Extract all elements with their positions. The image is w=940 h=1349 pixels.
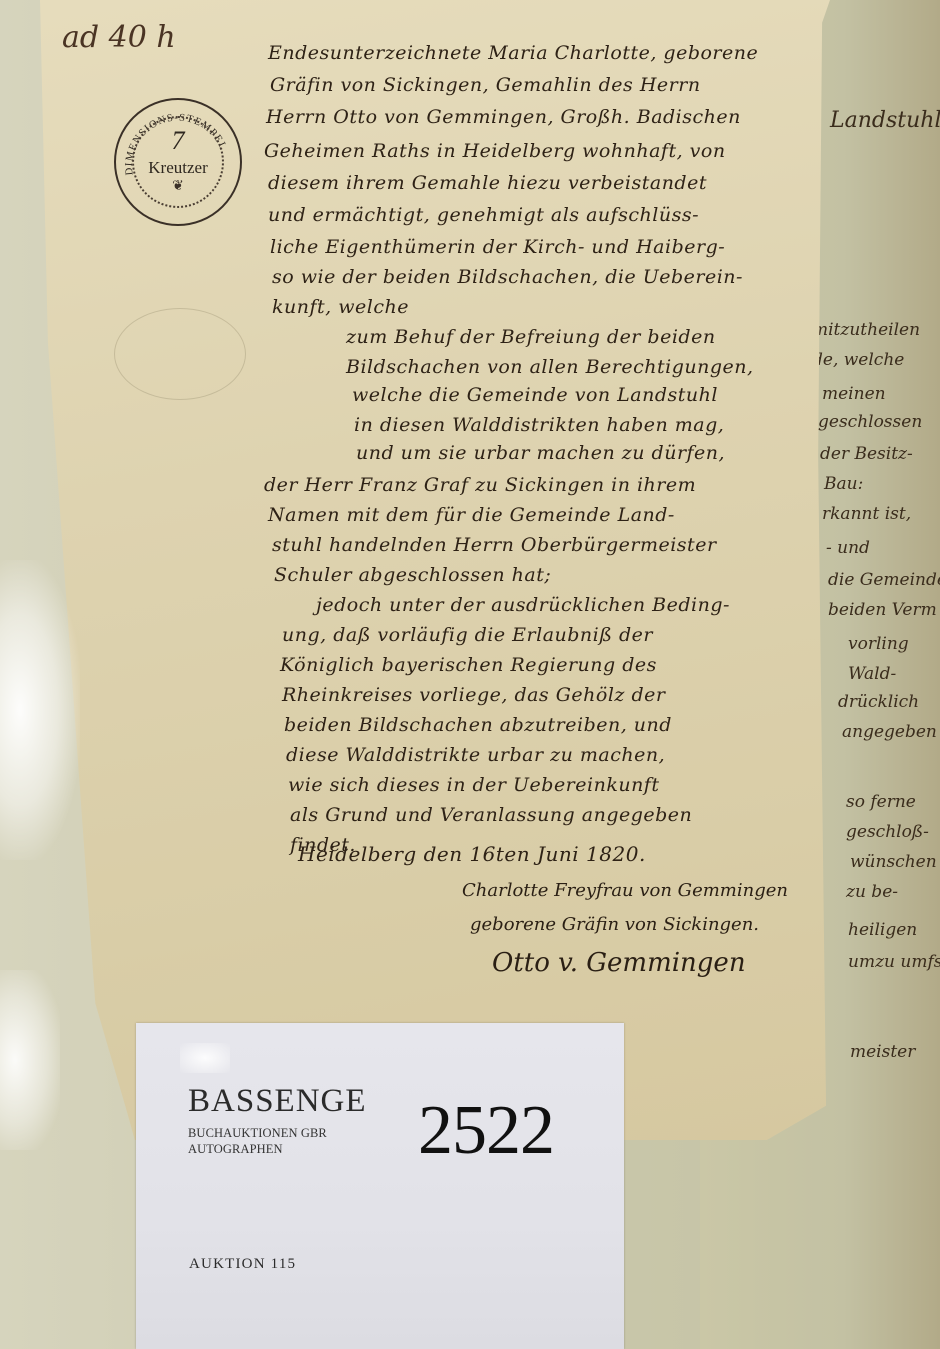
underlying-fragment: wünschen (850, 852, 937, 872)
underlying-fragment: heiligen (848, 920, 917, 940)
underlying-fragment: die Gemeinde (828, 570, 940, 590)
letter-line: wie sich dieses in der Uebereinkunft (288, 774, 659, 796)
underlying-fragment: drücklich (838, 692, 919, 712)
letter-line: diesem ihrem Gemahle hiezu verbeistandet (268, 172, 707, 194)
fleur-emblem-icon: ❦ (116, 178, 240, 194)
light-glare (0, 560, 80, 860)
letter-line: als Grund und Veranlassung angegeben (290, 804, 692, 826)
underlying-fragment: der Besitz- (820, 444, 913, 464)
auction-house-subtitle: BUCHAUKTIONEN GBR (188, 1126, 327, 1141)
underlying-fragment: geschlossen (818, 412, 922, 432)
letter-line: Namen mit dem für die Gemeinde Land- (268, 504, 675, 526)
underlying-fragment: meinen (822, 384, 886, 404)
underlying-fragment: zu be- (846, 882, 898, 902)
letter-line: beiden Bildschachen abzutreiben, und (284, 714, 672, 736)
letter-line: in diesen Walddistrikten haben mag, (354, 414, 724, 436)
tax-stamp: DIMENSIONS-STEMPEL 7 Kreutzer ❦ (114, 98, 242, 226)
blind-embossed-stamp (114, 308, 246, 400)
lot-number: 2522 (418, 1091, 554, 1171)
stamp-unit: Kreutzer (116, 158, 240, 178)
letter-line: kunft, welche (272, 296, 409, 318)
letter-line: Bildschachen von allen Berechtigungen, (346, 356, 754, 378)
reference-note: ad 40 h (62, 20, 176, 55)
letter-line: Schuler abgeschlossen hat; (274, 564, 551, 586)
letter-line: zum Behuf der Befreiung der beiden (346, 326, 716, 348)
signature-otto: Otto v. Gemmingen (492, 948, 746, 978)
letter-line: Geheimen Raths in Heidelberg wohnhaft, v… (264, 140, 726, 162)
auction-lot-label: BASSENGE BUCHAUKTIONEN GBR AUTOGRAPHEN 2… (136, 1023, 624, 1349)
light-glare (0, 970, 60, 1150)
underlying-fragment: umzu umfs (848, 952, 940, 972)
place-and-date: Heidelberg den 16ten Juni 1820. (298, 842, 646, 866)
signature-line: Charlotte Freyfrau von Gemmingen (462, 880, 788, 901)
label-glare (180, 1043, 230, 1073)
underlying-fragment: angegeben (842, 722, 937, 742)
auction-number: AUKTION 115 (189, 1256, 296, 1273)
letter-line: liche Eigenthümerin der Kirch- und Haibe… (270, 236, 725, 258)
auction-house-name: BASSENGE (188, 1083, 367, 1120)
underlying-fragment: beiden Verm (828, 600, 937, 620)
auction-category: AUTOGRAPHEN (188, 1142, 283, 1157)
stamp-value: 7 (116, 126, 240, 156)
underlying-fragment: geschloß- (846, 822, 929, 842)
letter-line: stuhl handelnden Herrn Oberbürgermeister (272, 534, 717, 556)
letter-line: jedoch unter der ausdrücklichen Beding- (316, 594, 730, 616)
letter-line: so wie der beiden Bildschachen, die Uebe… (272, 266, 743, 288)
underlying-fragment: meister (850, 1042, 915, 1062)
underlying-fragment: rkannt ist, (822, 504, 911, 524)
letter-line: Gräfin von Sickingen, Gemahlin des Herrn (270, 74, 701, 96)
underlying-fragment: Wald- (848, 664, 896, 684)
signature-line: geborene Gräfin von Sickingen. (470, 914, 759, 935)
letter-line: der Herr Franz Graf zu Sickingen in ihre… (264, 474, 696, 496)
letter-line: Rheinkreises vorliege, das Gehölz der (282, 684, 665, 706)
underlying-fragment: so ferne (846, 792, 916, 812)
letter-line: und um sie urbar machen zu dürfen, (356, 442, 725, 464)
letter-line: welche die Gemeinde von Landstuhl (352, 384, 718, 406)
underlying-fragment: - und (826, 538, 870, 558)
underlying-fragment: Bau: (824, 474, 863, 494)
letter-line: Königlich bayerischen Regierung des (280, 654, 657, 676)
underlying-fragment: de, welche (812, 350, 904, 370)
letter-line: ung, daß vorläufig die Erlaubniß der (282, 624, 653, 646)
letter-line: diese Walddistrikte urbar zu machen, (286, 744, 665, 766)
underlying-fragment: mitzutheilen (812, 320, 920, 340)
underlying-fragment: vorling (848, 634, 909, 654)
letter-line: und ermächtigt, genehmigt als aufschlüss… (268, 204, 699, 226)
letter-line: Herrn Otto von Gemmingen, Großh. Badisch… (266, 106, 741, 128)
letter-line: Endesunterzeichnete Maria Charlotte, geb… (268, 42, 758, 64)
underlying-fragment: Landstuhl (830, 108, 940, 133)
